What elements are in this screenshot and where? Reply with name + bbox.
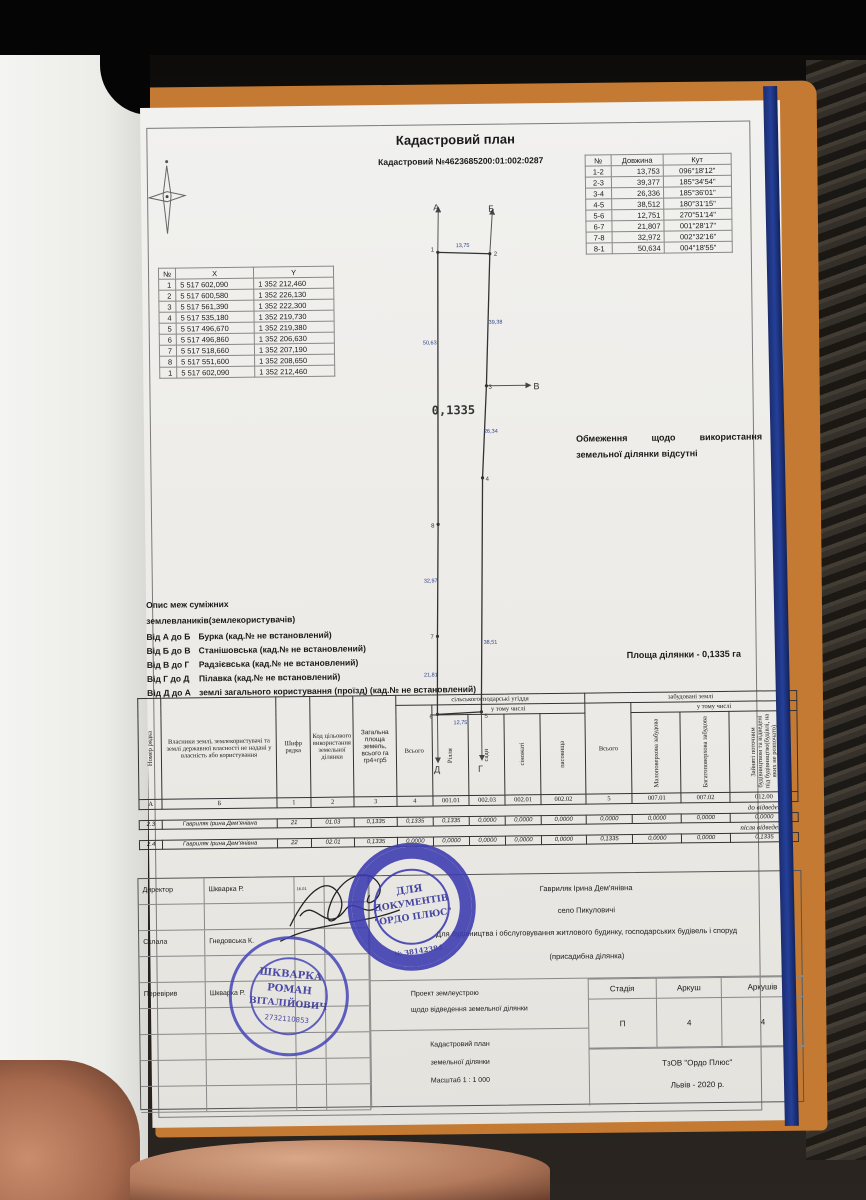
coord-point: 6 <box>159 334 176 345</box>
segment-id: 7-8 <box>586 232 612 243</box>
boundary-segment: Від Б до В <box>147 643 199 658</box>
segment-angle: 002°32'16" <box>664 230 732 242</box>
coord-point: 1 <box>159 279 176 290</box>
column-code: 1 <box>277 797 311 807</box>
table-cell: 0,1335 <box>586 835 633 845</box>
segment-id: 1-2 <box>585 166 611 177</box>
segment-length: 26,336 <box>612 187 664 199</box>
signer-role <box>139 904 205 930</box>
h-multi-rise: Багатоповерхова забудова <box>701 716 709 788</box>
segment-id: 2-3 <box>585 177 611 188</box>
table-cell: 0,0000 <box>505 836 541 845</box>
table-cell: 22 <box>277 838 311 847</box>
hand-bottom <box>130 1140 550 1200</box>
signer-date <box>297 1085 327 1110</box>
signer-date <box>297 1059 327 1084</box>
segment-id: 5-6 <box>586 210 612 221</box>
h-arable: Рілля <box>447 748 454 763</box>
table-cell: 2.4 <box>139 840 162 849</box>
segment-length: 50,634 <box>612 242 664 254</box>
boundary-segment: Від А до Б <box>146 629 198 644</box>
table-cell: 0,0000 <box>542 835 587 845</box>
segment-angle: 270°51'14" <box>664 208 732 220</box>
point-2: 2 <box>494 252 498 258</box>
boundary-neighbor: Пілавка (кад.№ не встановлений) <box>199 672 340 684</box>
signer-row <box>141 1058 371 1087</box>
sheet-value: 4 <box>656 997 722 1047</box>
signer-name <box>207 1085 297 1111</box>
border-letter-v: В <box>533 381 539 391</box>
point-4: 4 <box>486 477 490 483</box>
length-4-5: 38,51 <box>484 640 498 646</box>
point-8: 8 <box>431 523 435 529</box>
table-cell: Гавриляк Ірина Дем'янівна <box>163 839 278 849</box>
organization-name: ТзОВ "Ордо Плюс" <box>590 1051 805 1076</box>
length-2-3: 39,38 <box>489 320 503 326</box>
table-cell: 0,0000 <box>505 816 541 825</box>
h-low-rise: Малоповерхова забудова <box>652 718 660 787</box>
h-current-construction: Зайняті поточним будівництвом та відведе… <box>749 712 778 790</box>
column-code: 5 <box>586 794 633 805</box>
stage-value: П <box>588 998 656 1048</box>
project-description: Проект землеустрою щодо відведення земел… <box>370 979 589 1032</box>
table-cell: 0,0000 <box>682 833 731 843</box>
h-cipher: Шифр рядка <box>276 696 311 797</box>
coord-point: 8 <box>160 356 177 367</box>
segment-angle: 004°18'55" <box>664 241 732 253</box>
segment-angle: 180°31'15" <box>664 197 732 209</box>
coord-y: 1 352 212,460 <box>255 365 335 377</box>
signer-signature-cell <box>327 1084 371 1110</box>
signer-row <box>141 1084 371 1113</box>
plan-name-2: земельної ділянки <box>372 1053 549 1073</box>
segment-length: 21,807 <box>612 220 664 232</box>
h-hayfields: сіножаті <box>519 743 526 766</box>
cadastral-plan-sheet: Кадастровий план Кадастровий №4623685200… <box>140 100 792 1128</box>
coord-point: 7 <box>159 345 176 356</box>
plan-name-block: Кадастровий план земельної ділянки Масшт… <box>370 1029 589 1109</box>
boundary-heading-1: Опис меж суміжних <box>146 594 475 612</box>
stage-header: Стадія <box>588 978 656 999</box>
table-cell: 0,0000 <box>633 834 682 844</box>
h-purpose-code: Код цільового використання земельної діл… <box>310 696 355 798</box>
table-cell: 02.01 <box>311 838 355 848</box>
coord-header-n: № <box>158 268 175 279</box>
length-1-2: 13,75 <box>456 243 470 249</box>
parcel-area-total: Площа ділянки - 0,1335 га <box>627 649 741 660</box>
signer-role <box>141 1086 207 1112</box>
seg-header-length: Довжина <box>611 154 663 166</box>
column-code: 007.02 <box>681 792 730 803</box>
signer-role: Директор <box>138 878 204 904</box>
signer-signature-cell <box>327 1058 371 1084</box>
boundary-segment: Від В до Г <box>147 657 199 672</box>
table-cell: 2.3 <box>139 820 162 829</box>
segment-id: 8-1 <box>586 243 612 254</box>
signer-role <box>139 956 205 982</box>
h-built-total: Всього <box>585 703 633 795</box>
segment-length: 38,512 <box>612 198 664 210</box>
boundary-neighbor: Станішовська (кад.№ не встановлений) <box>199 643 366 655</box>
h-agri-total: Всього <box>396 705 433 796</box>
h-owners: Власники землі, землекористувачі та земл… <box>161 697 277 799</box>
parcel-area-label: 0,1335 <box>432 403 476 418</box>
h-pastures: пасовища <box>559 740 566 767</box>
sheet-header: Аркуш <box>656 977 722 998</box>
table-cell: 0,1335 <box>433 817 469 826</box>
plan-name-1: Кадастровий план <box>371 1035 548 1055</box>
segment-id: 3-4 <box>586 188 612 199</box>
boundary-neighbor: Бурка (кад.№ не встановлений) <box>198 630 331 642</box>
column-code: 007.01 <box>632 793 681 804</box>
h-total-area: Загальна площа земель, всього га гр4+гр5 <box>353 695 397 797</box>
land-explication-table: Номер рядка Власники землі, землекористу… <box>137 690 799 850</box>
coord-x: 5 517 602,090 <box>177 366 255 378</box>
h-row-number: Номер рядка <box>146 731 153 766</box>
boundary-neighbor: Радзієвська (кад.№ не встановлений) <box>199 657 359 669</box>
plan-scale: Масштаб 1 : 1 000 <box>372 1071 549 1091</box>
stage-sheet-table: Стадія Аркуш Аркушів П 4 4 <box>588 976 805 1049</box>
segment-angle: 185°36'01" <box>664 186 732 198</box>
table-cell: 0,1335 <box>397 817 433 826</box>
table-cell: 0,0000 <box>433 837 469 846</box>
column-code: А <box>139 799 162 809</box>
length-7-8: 32,97 <box>424 578 438 584</box>
segment-angle: 185°34'54" <box>663 175 731 187</box>
column-code: 002.03 <box>469 795 505 805</box>
boundary-description: Опис меж суміжних землевлаників(землекор… <box>146 594 476 700</box>
column-code: 002.02 <box>541 794 586 805</box>
signer-role <box>141 1060 207 1086</box>
signer-role <box>140 1008 206 1034</box>
segment-angle: 001°28'17" <box>664 219 732 231</box>
page-title: Кадастровий план <box>340 131 570 149</box>
column-code: 3 <box>354 796 397 807</box>
city-year: Львів - 2020 р. <box>590 1073 805 1098</box>
segment-length: 13,753 <box>611 165 663 177</box>
column-code: 2 <box>311 797 355 808</box>
table-cell: 0,0000 <box>469 836 505 845</box>
coord-point: 1 <box>160 367 177 378</box>
coord-point: 3 <box>159 301 176 312</box>
segment-length: 12,751 <box>612 209 664 221</box>
coordinate-row: 15 517 602,0901 352 212,460 <box>160 365 335 378</box>
segment-lengths-table: № Довжина Кут 1-213,753096°18'12"2-339,3… <box>585 153 733 255</box>
coord-point: 5 <box>159 323 176 334</box>
left-page <box>0 55 148 1175</box>
organization-block: ТзОВ "Ордо Плюс" Львів - 2020 р. <box>589 1046 806 1106</box>
segment-id: 6-7 <box>586 221 612 232</box>
segment-angle: 096°18'12" <box>663 164 731 176</box>
column-code: 002.01 <box>505 795 541 805</box>
length-3-4: 26,34 <box>484 429 498 435</box>
border-letter-b: Б <box>488 204 494 214</box>
segment-length: 32,972 <box>612 231 664 243</box>
segment-row: 8-150,634004°18'55" <box>586 241 732 254</box>
boundary-segment: Від Г до Д <box>147 671 199 686</box>
north-arrow-compass-icon <box>145 155 190 236</box>
coord-point: 2 <box>159 290 176 301</box>
signer-role: Склала <box>139 930 205 956</box>
signer-name <box>207 1059 297 1085</box>
table-cell: 21 <box>277 818 311 827</box>
coord-point: 4 <box>159 312 176 323</box>
column-code: 4 <box>397 796 433 806</box>
length-8-1: 50,63 <box>423 340 437 346</box>
signer-role: Перевірив <box>140 982 206 1008</box>
seg-header-angle: Кут <box>663 153 731 165</box>
boundary-heading-2: землевлаників(землекористувачів) <box>146 610 475 628</box>
border-letter-a: А <box>433 203 439 213</box>
seg-header-n: № <box>585 155 611 166</box>
signer-role <box>140 1034 206 1060</box>
h-gardens: сади <box>483 748 490 761</box>
table-cell: 0,0000 <box>469 816 505 825</box>
project-line-2: щодо відведення земельної ділянки <box>411 1001 588 1019</box>
point-1: 1 <box>431 247 435 253</box>
segment-id: 4-5 <box>586 199 612 210</box>
usage-restriction-note: Обмеження щодо використання земельної ді… <box>576 428 762 462</box>
segment-length: 39,377 <box>611 176 663 188</box>
coordinates-table: № X Y 15 517 602,0901 352 212,46025 517 … <box>158 266 335 379</box>
column-code: 001.01 <box>433 796 469 806</box>
